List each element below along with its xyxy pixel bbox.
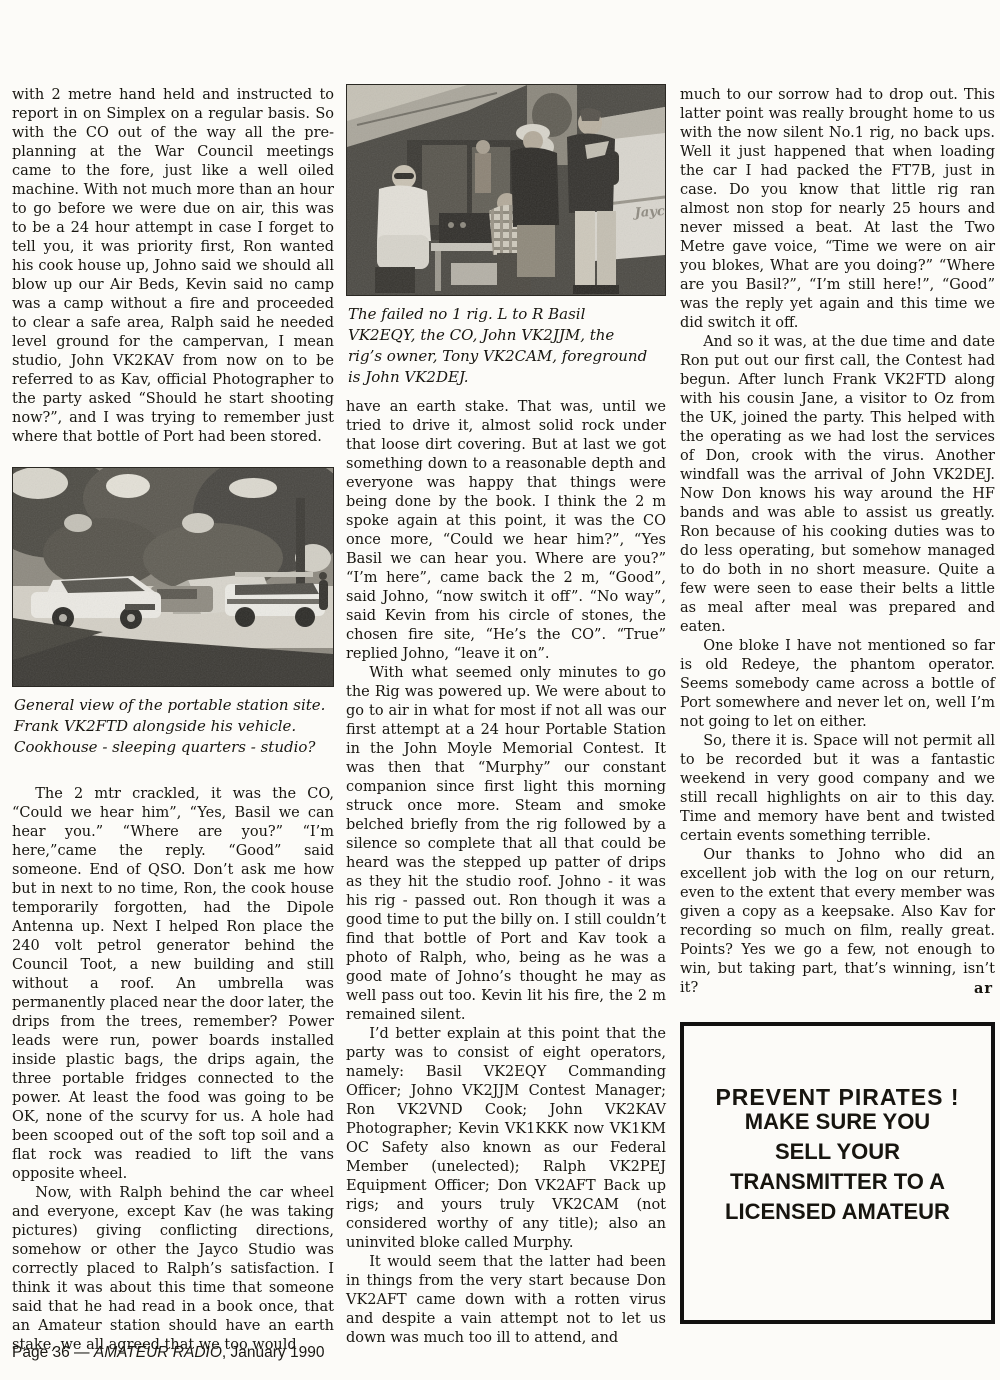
body-paragraph: I’d better explain at this point that th… bbox=[346, 1025, 666, 1253]
footer-magazine-title: AMATEUR RADIO bbox=[94, 1344, 222, 1361]
body-paragraph: much to our sorrow had to drop out. This… bbox=[680, 86, 995, 333]
column-left: with 2 metre hand held and instructed to… bbox=[12, 0, 334, 1355]
body-paragraph: It would seem that the latter had been i… bbox=[346, 1253, 666, 1348]
photo-caption: General view of the portable station sit… bbox=[14, 695, 334, 758]
body-paragraph: And so it was, at the due time and date … bbox=[680, 333, 995, 637]
station-site-photo bbox=[12, 467, 334, 687]
failed-rig-photo: Jayco bbox=[346, 84, 666, 296]
ad-headline: PREVENT PIRATES ! bbox=[684, 1088, 991, 1107]
body-paragraph: The 2 mtr crackled, it was the CO, “Coul… bbox=[12, 785, 334, 1184]
body-paragraph: with 2 metre hand held and instructed to… bbox=[12, 86, 334, 447]
page-footer: Page 36 — AMATEUR RADIO, January 1990 bbox=[12, 1344, 324, 1362]
body-paragraph: So, there it is. Space will not permit a… bbox=[680, 732, 995, 846]
ad-body-text: MAKE SURE YOU SELL YOUR TRANSMITTER TO A… bbox=[684, 1107, 991, 1227]
magazine-page: { "columns": [ { "paragraphs": [ "with 2… bbox=[0, 0, 1000, 1380]
photo-caption: The failed no 1 rig. L to R Basil VK2EQY… bbox=[348, 304, 666, 388]
column-right: much to our sorrow had to drop out. This… bbox=[680, 0, 995, 1324]
body-paragraph: have an earth stake. That was, until we … bbox=[346, 398, 666, 664]
footer-page-number: Page 36 — bbox=[12, 1344, 94, 1361]
column-middle: Jayco bbox=[346, 0, 666, 1348]
footer-issue-date: , January 1990 bbox=[222, 1344, 325, 1361]
body-paragraph: Now, with Ralph behind the car wheel and… bbox=[12, 1184, 334, 1355]
article-end-sign: ar bbox=[951, 979, 993, 998]
station-site-photo-art bbox=[13, 468, 333, 686]
paragraph-text: Our thanks to Johno who did an excellent… bbox=[680, 847, 995, 996]
body-paragraph: One bloke I have not mentioned so far is… bbox=[680, 637, 995, 732]
prevent-pirates-ad: PREVENT PIRATES ! MAKE SURE YOU SELL YOU… bbox=[680, 1022, 995, 1324]
failed-rig-photo-art: Jayco bbox=[347, 85, 665, 295]
body-paragraph: Our thanks to Johno who did an excellent… bbox=[680, 846, 995, 998]
body-paragraph: With what seemed only minutes to go the … bbox=[346, 664, 666, 1025]
